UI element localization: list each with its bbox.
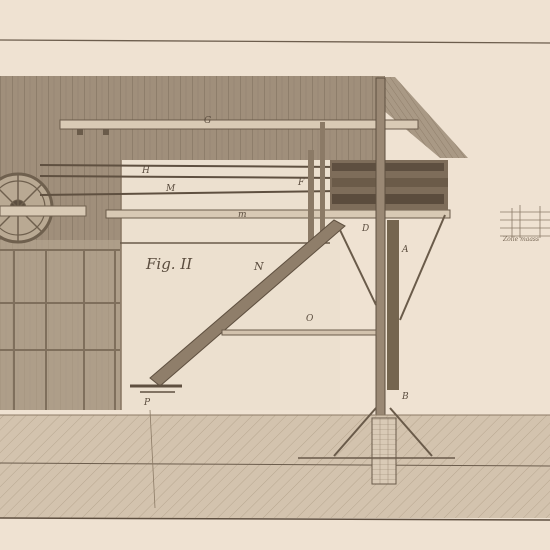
ground — [0, 415, 550, 518]
main-post — [376, 78, 385, 418]
label-m-small: m — [238, 210, 247, 220]
scale-caption: Zolle maass — [503, 236, 539, 243]
foundation-pier — [372, 418, 396, 484]
label-m: M — [166, 184, 175, 194]
log-stack — [330, 160, 448, 210]
label-b: B — [402, 392, 409, 402]
label-a: A — [402, 245, 409, 255]
label-d: D — [362, 224, 369, 234]
beam-g — [60, 120, 418, 129]
figure-title: Fig. II — [146, 255, 192, 273]
label-n: N — [254, 260, 264, 273]
engraving-plate — [0, 0, 550, 550]
label-g: G — [204, 116, 211, 126]
label-h: H — [142, 166, 150, 176]
label-f: F — [298, 178, 304, 188]
label-p: P — [144, 398, 150, 408]
label-o: O — [306, 314, 313, 324]
